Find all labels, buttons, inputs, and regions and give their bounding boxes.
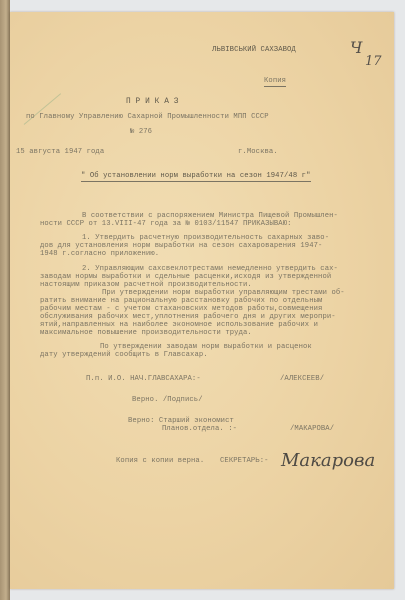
issuer-line: по Главному Управлению Сахарной Промышле… (26, 113, 269, 122)
document-page: ЛЬВІВСЬКИЙ САХЗАВОД Ч 17 Копия П Р И К А… (10, 12, 394, 589)
secretary-label: СЕКРЕТАРЬ:- (220, 457, 269, 466)
secretary-signature: Макарова (281, 450, 375, 471)
verified-line: Верно. /Подпись/ (132, 396, 203, 405)
signed-line: П.п. И.О. НАЧ.ГЛАВСАХАРА:- (86, 375, 201, 384)
document-date: 15 августа 1947 года (16, 148, 104, 157)
para3-line-6: максимальное повышение производительност… (40, 329, 252, 338)
preamble-line-2: ности СССР от 13.VIII-47 года за № 0103/… (40, 220, 292, 229)
document-subject: " Об установлении норм выработки на сезо… (81, 172, 311, 182)
header-org: ЛЬВІВСЬКИЙ САХЗАВОД (212, 46, 296, 55)
verified2-name: /МАКАРОВА/ (290, 425, 334, 434)
document-title: П Р И К А З (126, 98, 179, 107)
signed-name: /АЛЕКСЕЕВ/ (280, 375, 324, 384)
handwritten-mark: Ч (350, 38, 362, 57)
handwritten-page-number: 17 (365, 54, 382, 69)
copy-label: Копия (264, 77, 286, 87)
order-number: № 276 (130, 128, 152, 137)
verified2-line-2: Планов.отдела. :- (162, 425, 237, 434)
item1-line-3: 1948 г.согласно приложению. (40, 250, 159, 259)
document-place: г.Москва. (238, 148, 278, 157)
copy-verified: Копия с копии верна. (116, 457, 204, 466)
para4-line-2: дату утверждений сообщить в Главсахар. (40, 351, 208, 360)
binder-edge (0, 0, 10, 600)
